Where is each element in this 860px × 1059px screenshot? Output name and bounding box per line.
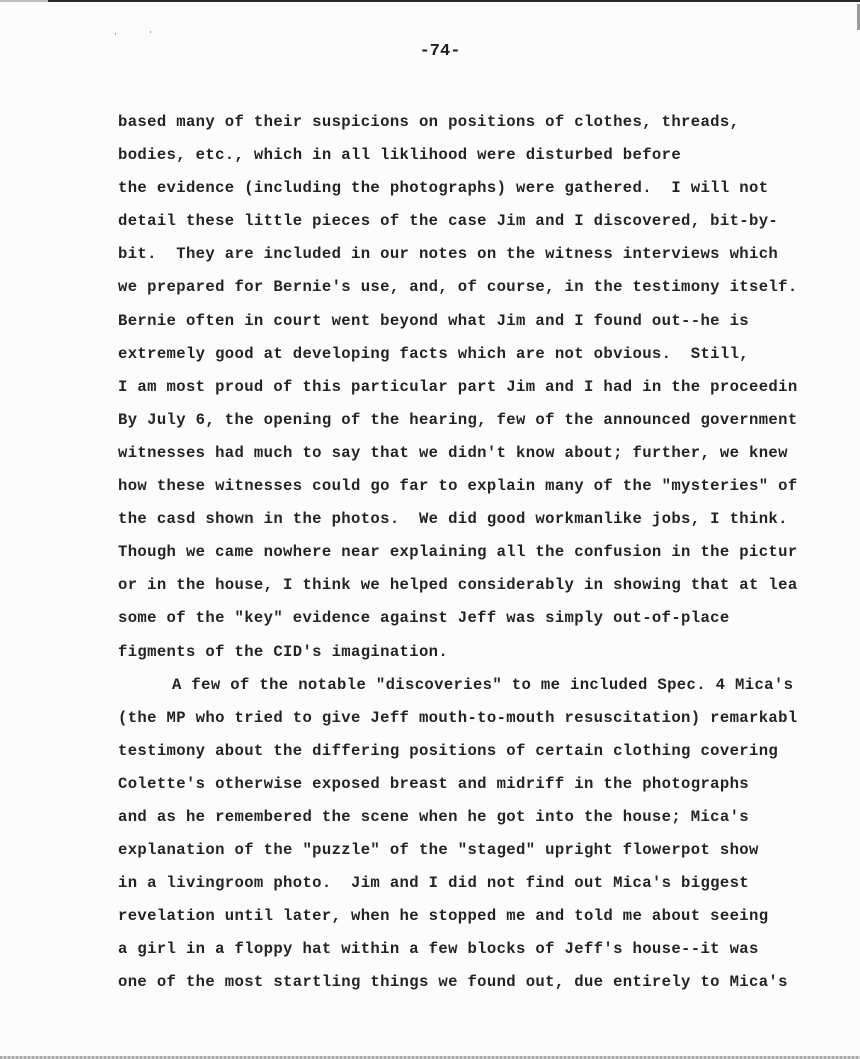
paragraph: based many of their suspicions on positi… (118, 110, 860, 673)
text-line: By July 6, the opening of the hearing, f… (118, 408, 860, 441)
text-line: detail these little pieces of the case J… (118, 209, 860, 242)
text-line: explanation of the "puzzle" of the "stag… (118, 838, 860, 871)
text-line: revelation until later, when he stopped … (118, 904, 860, 937)
text-line: (the MP who tried to give Jeff mouth-to-… (118, 706, 860, 739)
text-line: testimony about the differing positions … (118, 739, 860, 772)
text-line: the evidence (including the photographs)… (118, 176, 860, 209)
text-line: Bernie often in court went beyond what J… (118, 309, 860, 342)
text-line: how these witnesses could go far to expl… (118, 474, 860, 507)
text-line: in a livingroom photo. Jim and I did not… (118, 871, 860, 904)
scan-speck (115, 33, 116, 35)
text-line: we prepared for Bernie's use, and, of co… (118, 275, 860, 308)
page-number: -74- (0, 42, 860, 61)
text-line: a girl in a floppy hat within a few bloc… (118, 937, 860, 970)
text-line: some of the "key" evidence against Jeff … (118, 606, 860, 639)
text-line: I am most proud of this particular part … (118, 375, 860, 408)
text-line: A few of the notable "discoveries" to me… (118, 673, 860, 706)
text-line: Colette's otherwise exposed breast and m… (118, 772, 860, 805)
text-line: and as he remembered the scene when he g… (118, 805, 860, 838)
scan-speck (150, 31, 151, 33)
scan-top-border-faint (0, 0, 48, 2)
text-line: bit. They are included in our notes on t… (118, 242, 860, 275)
text-line: witnesses had much to say that we didn't… (118, 441, 860, 474)
scan-top-border (0, 0, 860, 2)
text-line: the casd shown in the photos. We did goo… (118, 507, 860, 540)
text-line: figments of the CID's imagination. (118, 640, 860, 673)
text-line: or in the house, I think we helped consi… (118, 573, 860, 606)
paragraph: A few of the notable "discoveries" to me… (118, 673, 860, 1004)
text-line: based many of their suspicions on positi… (118, 110, 860, 143)
document-body: based many of their suspicions on positi… (118, 110, 860, 1004)
text-line: bodies, etc., which in all liklihood wer… (118, 143, 860, 176)
text-line: Though we came nowhere near explaining a… (118, 540, 860, 573)
text-line: one of the most startling things we foun… (118, 970, 860, 1003)
text-line: extremely good at developing facts which… (118, 342, 860, 375)
